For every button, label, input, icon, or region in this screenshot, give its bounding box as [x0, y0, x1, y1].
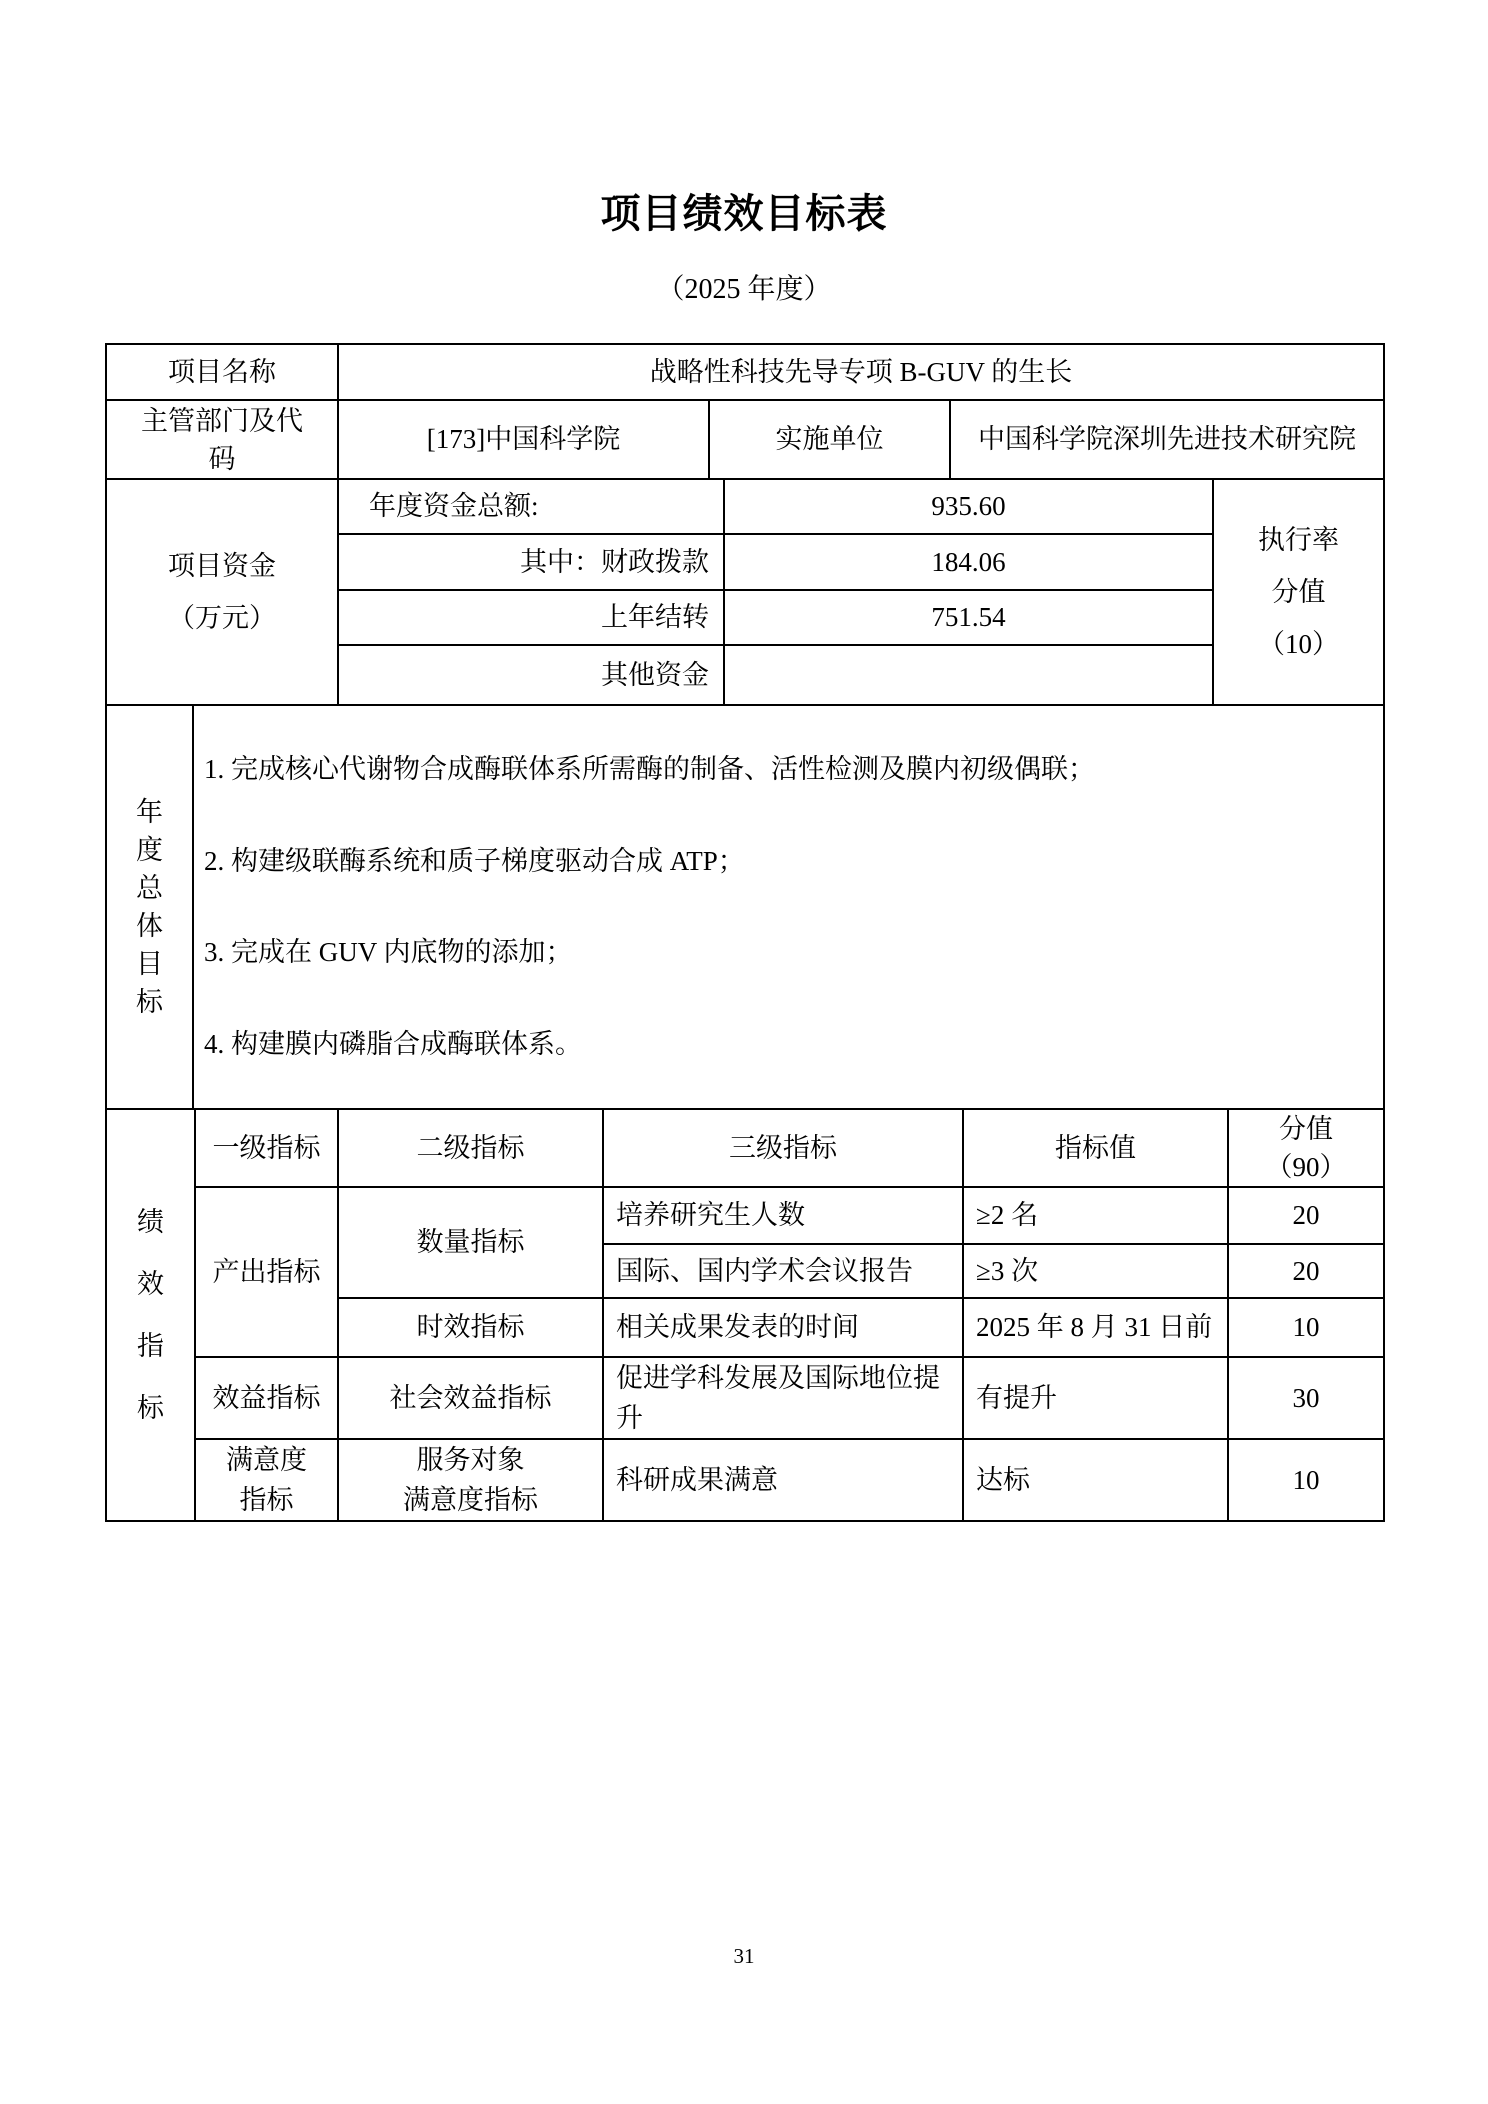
funding-item-fiscal-value: 184.06	[724, 534, 1213, 590]
funding-item-total-label: 年度资金总额:	[338, 479, 724, 534]
execution-rate-score-label: 执行率 分值 （10）	[1213, 479, 1384, 705]
table-row: 满意度 指标 服务对象 满意度指标 科研成果满意 达标 10	[106, 1439, 1384, 1521]
l2-quantity-indicator: 数量指标	[338, 1187, 603, 1298]
goal-line-3: 3. 完成在 GUV 内底物的添加；	[204, 925, 1383, 980]
project-name-label: 项目名称	[106, 344, 338, 400]
dept-code-value: [173]中国科学院	[338, 400, 709, 479]
performance-target-table: 项目名称 战略性科技先导专项 B-GUV 的生长 主管部门及代 码 [173]中…	[105, 343, 1383, 1522]
funding-item-other-label: 其他资金	[338, 645, 724, 705]
l2-social-benefit-indicator: 社会效益指标	[338, 1357, 603, 1439]
l3-publication-time: 相关成果发表的时间	[603, 1298, 963, 1357]
l1-satisfaction-indicator: 满意度 指标	[195, 1439, 338, 1521]
value-publication-time: 2025 年 8 月 31 日前	[963, 1298, 1228, 1357]
value-conference-reports: ≥3 次	[963, 1244, 1228, 1298]
header-level3: 三级指标	[603, 1109, 963, 1187]
header-level1: 一级指标	[195, 1109, 338, 1187]
basic-info-section: 项目名称 战略性科技先导专项 B-GUV 的生长 主管部门及代 码 [173]中…	[105, 343, 1385, 480]
page-number: 31	[0, 1944, 1488, 1969]
l3-research-satisfaction: 科研成果满意	[603, 1439, 963, 1521]
value-discipline-development: 有提升	[963, 1357, 1228, 1439]
score-research-satisfaction: 10	[1228, 1439, 1384, 1521]
goal-line-4: 4. 构建膜内磷脂合成酶联体系。	[204, 1017, 1383, 1072]
funding-item-total-value: 935.60	[724, 479, 1213, 534]
funding-item-carryover-value: 751.54	[724, 590, 1213, 645]
l3-graduate-students: 培养研究生人数	[603, 1187, 963, 1244]
value-graduate-students: ≥2 名	[963, 1187, 1228, 1244]
l3-discipline-development: 促进学科发展及国际地位提 升	[603, 1357, 963, 1439]
page-title: 项目绩效目标表	[0, 0, 1488, 239]
l2-timeliness-indicator: 时效指标	[338, 1298, 603, 1357]
l1-output-indicator: 产出指标	[195, 1187, 338, 1357]
l1-benefit-indicator: 效益指标	[195, 1357, 338, 1439]
document-page: 项目绩效目标表 （2025 年度） 项目名称 战略性科技先导专项 B-GUV 的…	[0, 0, 1488, 2104]
funding-item-other-value	[724, 645, 1213, 705]
funding-item-carryover-label: 上年结转	[338, 590, 724, 645]
indicators-label: 绩 效 指 标	[106, 1109, 195, 1521]
funding-label: 项目资金 （万元）	[106, 479, 338, 705]
dept-code-label: 主管部门及代 码	[106, 400, 338, 479]
goal-line-2: 2. 构建级联酶系统和质子梯度驱动合成 ATP；	[204, 834, 1383, 889]
value-research-satisfaction: 达标	[963, 1439, 1228, 1521]
score-publication-time: 10	[1228, 1298, 1384, 1357]
header-level2: 二级指标	[338, 1109, 603, 1187]
annual-goals-content: 1. 完成核心代谢物合成酶联体系所需酶的制备、活性检测及膜内初级偶联； 2. 构…	[193, 705, 1384, 1109]
header-target-value: 指标值	[963, 1109, 1228, 1187]
table-row: 效益指标 社会效益指标 促进学科发展及国际地位提 升 有提升 30	[106, 1357, 1384, 1439]
impl-unit-label: 实施单位	[709, 400, 950, 479]
table-row: 产出指标 数量指标 培养研究生人数 ≥2 名 20	[106, 1187, 1384, 1244]
l2-service-target-satisfaction: 服务对象 满意度指标	[338, 1439, 603, 1521]
project-name-value: 战略性科技先导专项 B-GUV 的生长	[338, 344, 1384, 400]
score-conference-reports: 20	[1228, 1244, 1384, 1298]
header-score: 分值 （90）	[1228, 1109, 1384, 1187]
annual-goals-label: 年 度 总 体 目 标	[106, 705, 193, 1109]
l3-conference-reports: 国际、国内学术会议报告	[603, 1244, 963, 1298]
funding-item-fiscal-label: 其中：财政拨款	[338, 534, 724, 590]
funding-section: 项目资金 （万元） 年度资金总额: 935.60 执行率 分值 （10） 其中：…	[105, 478, 1385, 706]
page-subtitle: （2025 年度）	[0, 267, 1488, 307]
annual-goals-section: 年 度 总 体 目 标 1. 完成核心代谢物合成酶联体系所需酶的制备、活性检测及…	[105, 704, 1385, 1110]
score-graduate-students: 20	[1228, 1187, 1384, 1244]
goal-line-1: 1. 完成核心代谢物合成酶联体系所需酶的制备、活性检测及膜内初级偶联；	[204, 742, 1383, 797]
impl-unit-value: 中国科学院深圳先进技术研究院	[950, 400, 1384, 479]
score-discipline-development: 30	[1228, 1357, 1384, 1439]
indicators-section: 绩 效 指 标 一级指标 二级指标 三级指标 指标值 分值 （90） 产出指标 …	[105, 1108, 1385, 1522]
